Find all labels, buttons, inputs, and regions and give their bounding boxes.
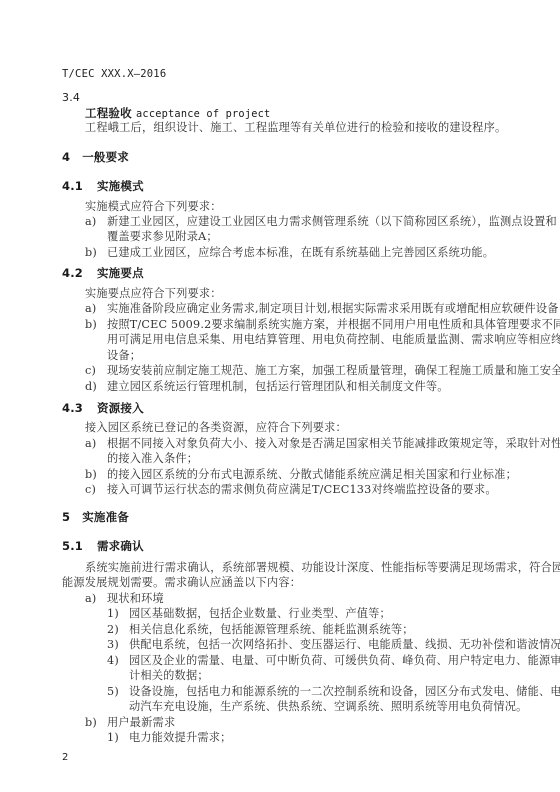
list-marker: 1) bbox=[107, 731, 129, 745]
list-marker: 4) bbox=[107, 654, 129, 668]
list-item: b)用户最新需求 bbox=[85, 716, 175, 730]
list-item: b)已建成工业园区，应综合考虑本标准，在既有系统基础上完善园区系统功能。 bbox=[85, 246, 494, 260]
list-marker: a) bbox=[85, 302, 107, 316]
section-4-2-heading: 4.2实施要点 bbox=[62, 266, 144, 280]
list-item-text: 建立园区系统运行管理机制，包括运行管理团队和相关制度文件等。 bbox=[107, 380, 449, 393]
list-item-continuation: 设备； bbox=[107, 349, 141, 363]
list-item: a)根据不同接入对象负荷大小、接入对象是否满足国家相关节能减排政策规定等，采取针… bbox=[85, 437, 560, 451]
list-item-text: 电力能效提升需求； bbox=[129, 731, 232, 744]
list-item-text: 实施准备阶段应确定业务需求,制定项目计划,根据实际需求采用既有或增配相应软硬件设… bbox=[107, 302, 560, 315]
term-definition: 工程峨工后，组织设计、施工、工程监理等有关单位进行的检验和接收的建设程序。 bbox=[85, 121, 506, 135]
term-title-en: acceptance of project bbox=[136, 108, 270, 120]
list-item-text: 设备设施，包括电力和能源系统的一二次控制系统和设备，园区分布式发电、储能、电 bbox=[129, 685, 560, 698]
sub-list-item: 1)电力能效提升需求； bbox=[107, 731, 232, 745]
section-intro: 接入园区系统已登记的各类资源，应符合下列要求： bbox=[85, 421, 347, 435]
list-item-continuation: 动汽车充电设施，生产系统、供热系统、空调系统、照明系统等用电负荷情况。 bbox=[129, 700, 528, 714]
term-title-cn: 工程验收 bbox=[85, 106, 132, 120]
section-title: 实施模式 bbox=[97, 179, 144, 193]
list-item-text: 现场安装前应制定施工规范、施工方案，加强工程质量管理，确保工程施工质量和施工安全… bbox=[107, 364, 560, 377]
sub-list-item: 3)供配电系统，包括一次网络拓扑、变压器运行、电能质量、线损、无功补偿和谐波情况… bbox=[107, 638, 560, 652]
list-item: a)实施准备阶段应确定业务需求,制定项目计划,根据实际需求采用既有或增配相应软硬… bbox=[85, 302, 560, 316]
section-4-3-heading: 4.3资源接入 bbox=[62, 401, 144, 415]
list-item: a)新建工业园区，应建设工业园区电力需求侧管理系统（以下简称园区系统），监测点设… bbox=[85, 215, 557, 229]
sub-list-item: 1)园区基础数据，包括企业数量、行业类型、产值等； bbox=[107, 607, 391, 621]
list-marker: 3) bbox=[107, 638, 129, 652]
list-marker: d) bbox=[85, 380, 107, 394]
list-item: c)现场安装前应制定施工规范、施工方案，加强工程质量管理，确保工程施工质量和施工… bbox=[85, 364, 560, 378]
list-item-text: 的接入园区系统的分布式电源系统、分散式储能系统应满足相关国家和行业标准； bbox=[107, 468, 517, 481]
list-item-text: 供配电系统，包括一次网络拓扑、变压器运行、电能质量、线损、无功补偿和谐波情况； bbox=[129, 638, 560, 651]
section-title: 实施准备 bbox=[82, 510, 129, 524]
list-item-text: 接入可调节运行状态的需求侧负荷应满足T/CEC133对终端监控设备的要求。 bbox=[107, 483, 497, 496]
list-marker: b) bbox=[85, 246, 107, 260]
term-title: 工程验收 acceptance of project bbox=[85, 106, 270, 121]
section-number: 4.1 bbox=[62, 179, 83, 193]
section-number: 4.3 bbox=[62, 401, 83, 415]
list-marker: a) bbox=[85, 215, 107, 229]
page-number: 2 bbox=[62, 751, 69, 765]
section-5-1-heading: 5.1需求确认 bbox=[62, 539, 144, 553]
section-number: 4.2 bbox=[62, 266, 83, 280]
list-item-continuation: 覆盖要求参见附录A； bbox=[107, 230, 218, 244]
list-item-text: 新建工业园区，应建设工业园区电力需求侧管理系统（以下简称园区系统），监测点设置和 bbox=[107, 215, 557, 228]
sub-list-item: 5)设备设施，包括电力和能源系统的一二次控制系统和设备，园区分布式发电、储能、电 bbox=[107, 685, 560, 699]
list-item-text: 用户最新需求 bbox=[107, 716, 175, 729]
list-item: c)接入可调节运行状态的需求侧负荷应满足T/CEC133对终端监控设备的要求。 bbox=[85, 483, 497, 497]
list-item-text: 按照T/CEC 5009.2要求编制系统实施方案，并根据不同用户用电性质和具体管… bbox=[107, 318, 560, 331]
sub-list-item: 4)园区及企业的需量、电量、可中断负荷、可缓供负荷、峰负荷、用户特定电力、能源审 bbox=[107, 654, 560, 668]
list-marker: 5) bbox=[107, 685, 129, 699]
list-item: d)建立园区系统运行管理机制，包括运行管理团队和相关制度文件等。 bbox=[85, 380, 449, 394]
list-item-text: 相关信息化系统，包括能源管理系统、能耗监测系统等； bbox=[129, 623, 414, 636]
sub-list-item: 2)相关信息化系统，包括能源管理系统、能耗监测系统等； bbox=[107, 623, 414, 637]
list-item-text: 园区及企业的需量、电量、可中断负荷、可缓供负荷、峰负荷、用户特定电力、能源审 bbox=[129, 654, 560, 667]
section-number: 5 bbox=[62, 510, 70, 524]
section-4-heading: 4一般要求 bbox=[62, 150, 129, 164]
list-item-continuation: 计相关的数据； bbox=[129, 669, 209, 683]
list-item: b)按照T/CEC 5009.2要求编制系统实施方案，并根据不同用户用电性质和具… bbox=[85, 318, 560, 332]
document-id-header: T/CEC XXX.X—2016 bbox=[62, 67, 166, 81]
list-marker: b) bbox=[85, 468, 107, 482]
section-title: 一般要求 bbox=[82, 150, 129, 164]
list-item-text: 园区基础数据，包括企业数量、行业类型、产值等； bbox=[129, 607, 391, 620]
section-number: 5.1 bbox=[62, 539, 83, 553]
section-intro: 实施要点应符合下列要求： bbox=[85, 287, 222, 301]
list-marker: 1) bbox=[107, 607, 129, 621]
list-marker: 2) bbox=[107, 623, 129, 637]
paragraph-line: 能源发展规划需要。需求确认应涵盖以下内容： bbox=[62, 576, 301, 590]
list-item-continuation: 的接入准入条件； bbox=[107, 452, 198, 466]
section-title: 实施要点 bbox=[97, 266, 144, 280]
list-marker: c) bbox=[85, 364, 107, 378]
list-marker: b) bbox=[85, 318, 107, 332]
section-title: 资源接入 bbox=[97, 401, 144, 415]
list-marker: a) bbox=[85, 592, 107, 606]
list-item-text: 已建成工业园区，应综合考虑本标准，在既有系统基础上完善园区系统功能。 bbox=[107, 246, 494, 259]
list-item: a)现状和环境 bbox=[85, 592, 164, 606]
list-item-continuation: 用可满足用电信息采集、用电结算管理、用电负荷控制、电能质量监测、需求响应等相应终… bbox=[107, 333, 560, 347]
section-5-heading: 5实施准备 bbox=[62, 510, 129, 524]
term-number: 3.4 bbox=[62, 91, 80, 105]
list-marker: c) bbox=[85, 483, 107, 497]
list-marker: a) bbox=[85, 437, 107, 451]
section-title: 需求确认 bbox=[97, 539, 144, 553]
section-4-1-heading: 4.1实施模式 bbox=[62, 179, 144, 193]
list-item: b)的接入园区系统的分布式电源系统、分散式储能系统应满足相关国家和行业标准； bbox=[85, 468, 517, 482]
list-marker: b) bbox=[85, 716, 107, 730]
section-number: 4 bbox=[62, 150, 70, 164]
paragraph-line: 系统实施前进行需求确认，系统部署规模、功能设计深度、性能指标等要满足现场需求，符… bbox=[85, 561, 560, 575]
section-intro: 实施模式应符合下列要求： bbox=[85, 200, 222, 214]
list-item-text: 根据不同接入对象负荷大小、接入对象是否满足国家相关节能减排政策规定等，采取针对性 bbox=[107, 437, 560, 450]
list-item-text: 现状和环境 bbox=[107, 592, 164, 605]
